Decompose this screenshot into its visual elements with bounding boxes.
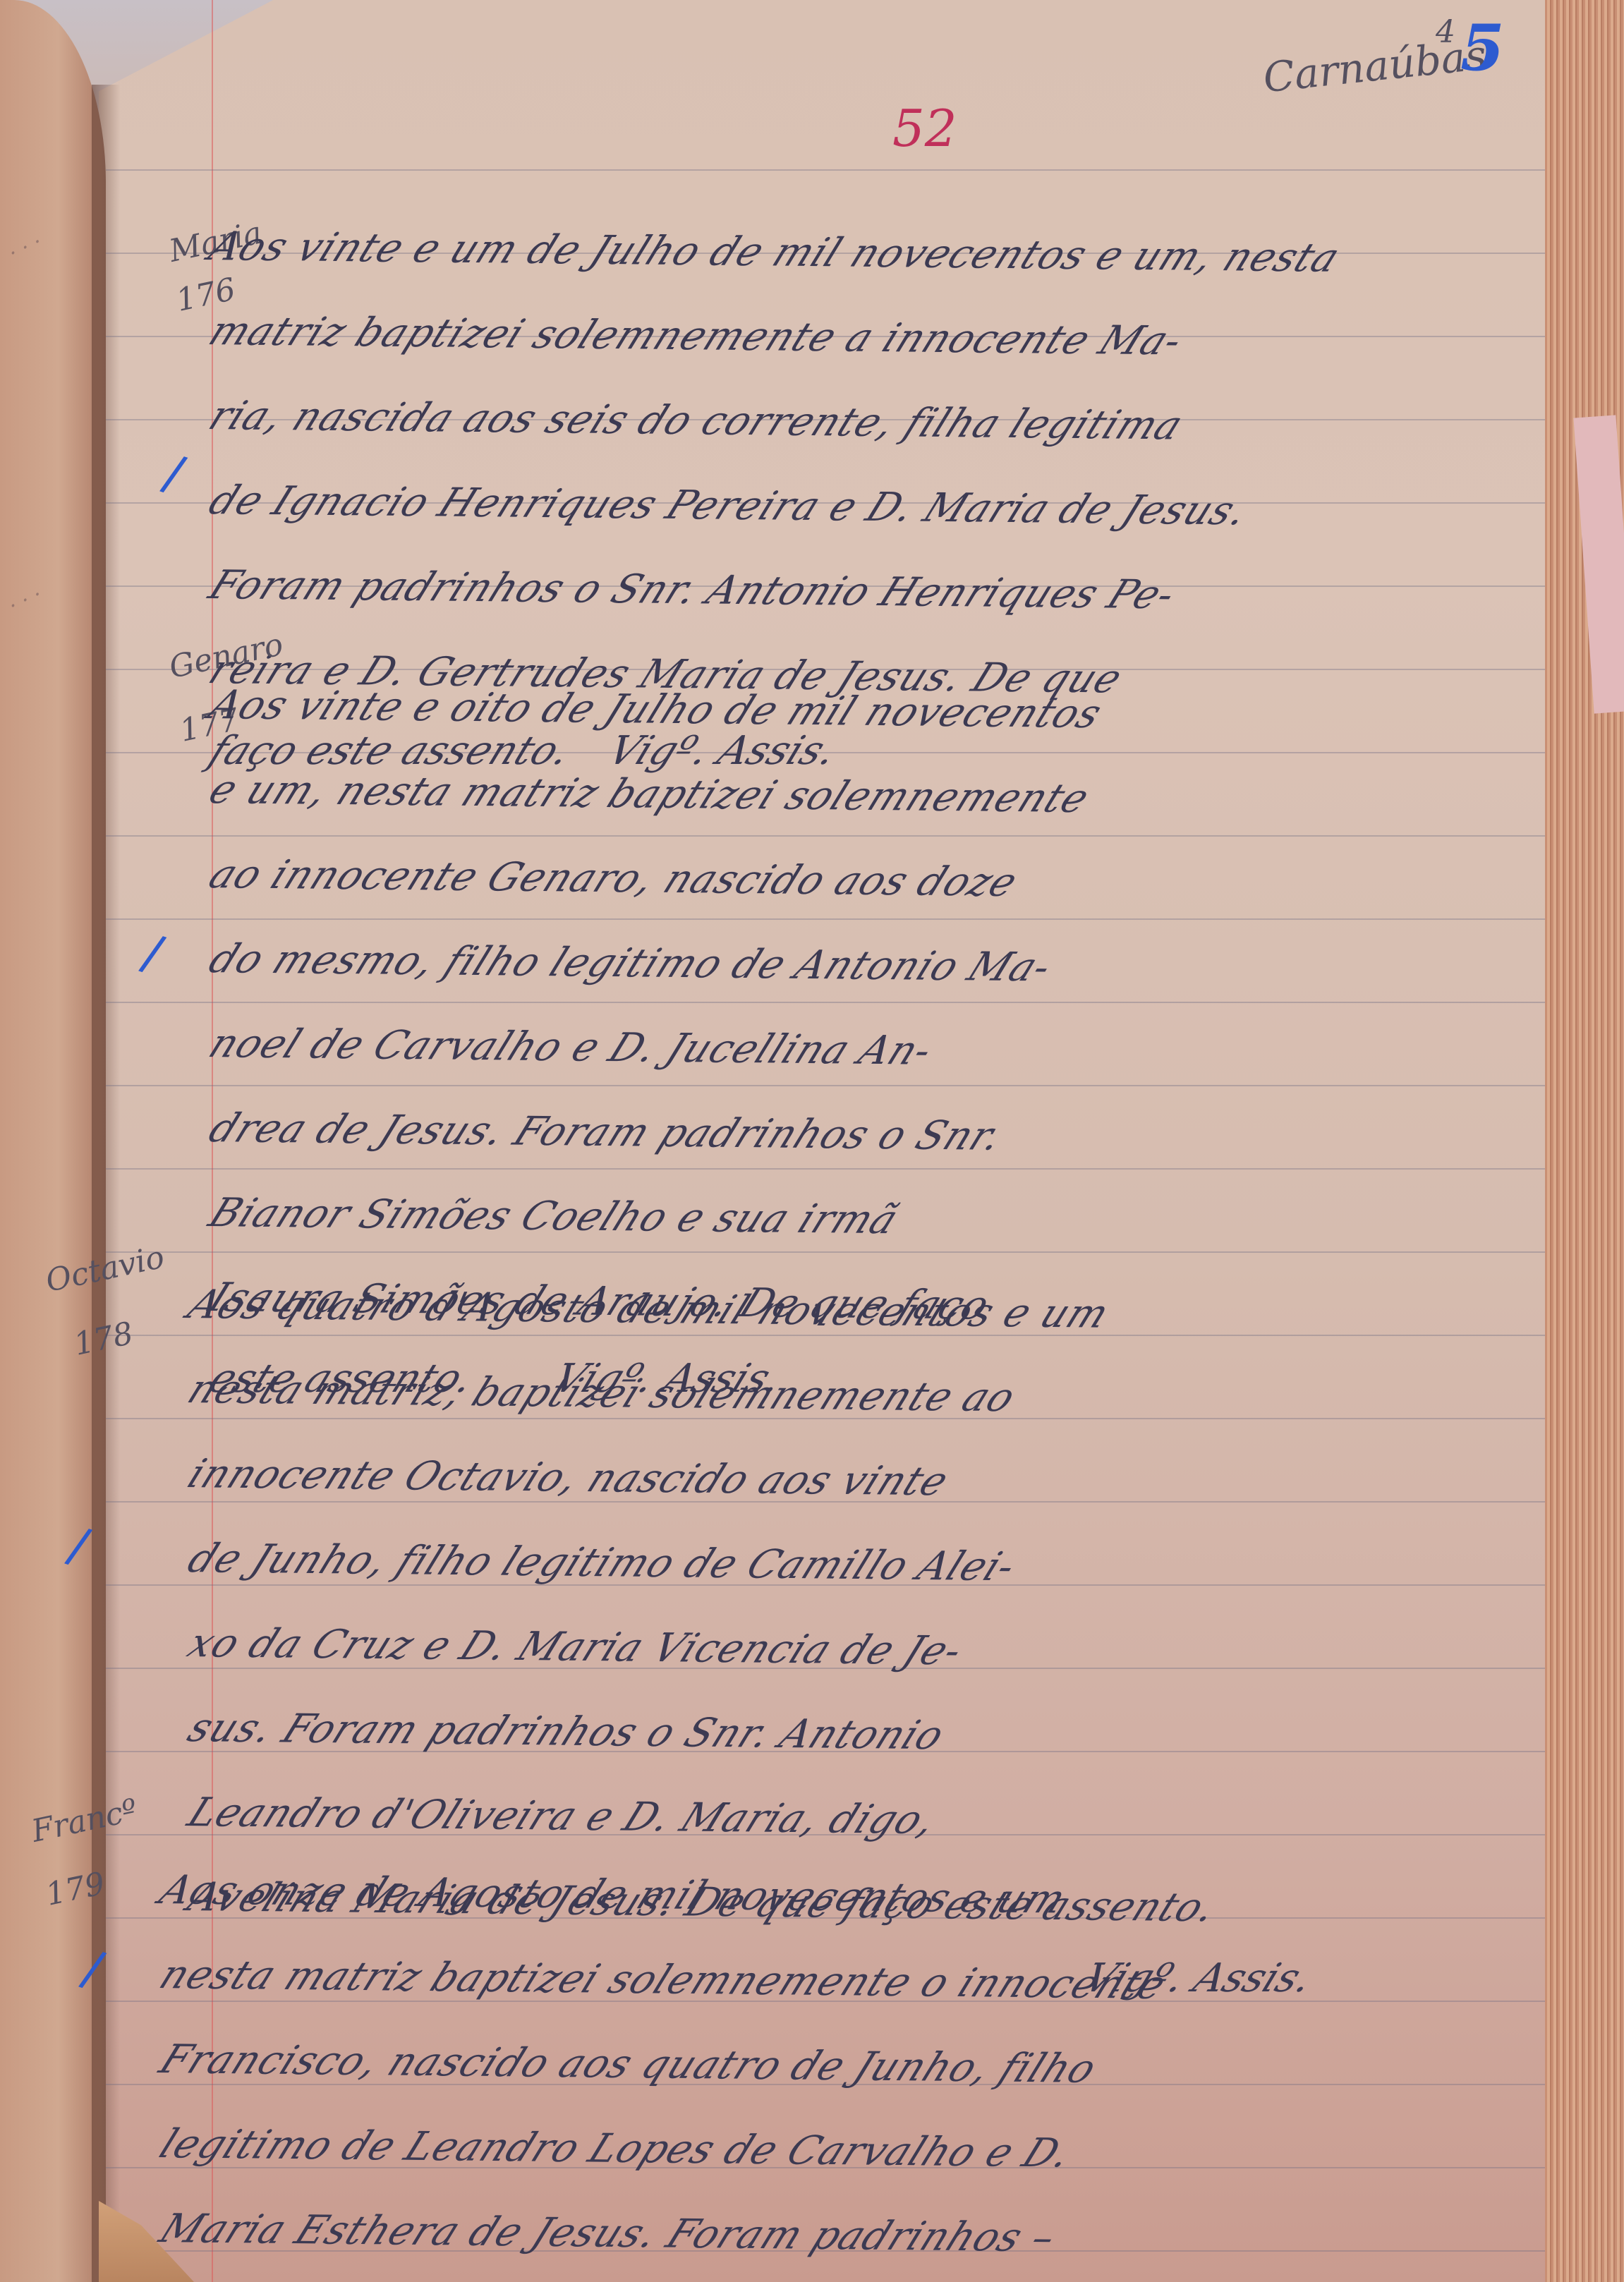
entry-line: drea de Jesus. Foram padrinhos o Snr.	[194, 1086, 1550, 1185]
entry-line: Aos vinte e oito de Julho de mil novecen…	[194, 663, 1550, 762]
page-stamp-number: 52	[892, 99, 957, 158]
entry-line: de Ignacio Henriques Pereira e D. Maria …	[194, 459, 1550, 557]
entry-line: ria, nascida aos seis do corrente, filha…	[194, 374, 1550, 473]
entry-line: legitimo de Leandro Lopes de Carvalho e …	[145, 2102, 1501, 2201]
folio-pencil: 4	[1436, 14, 1455, 50]
entry-line: ao innocente Genaro, nascido aos doze	[194, 832, 1550, 931]
folio-blue: 5	[1460, 11, 1505, 85]
previous-leaf: · · · · · ·	[0, 0, 106, 2282]
entry-line: noel de Carvalho e D. Jucellina An-	[194, 1002, 1550, 1100]
entry-line: Foram padrinhos o Snr. Antonio Henriques…	[194, 543, 1550, 642]
entry-line: innocente Octavio, nascido aos vinte	[173, 1432, 1529, 1531]
entry-line: matriz baptizei solemnemente a innocente…	[194, 289, 1550, 388]
entry-line: de Junho, filho legitimo de Camillo Alei…	[173, 1517, 1529, 1615]
entry-line: Francisco, nascido aos quatro de Junho, …	[145, 2017, 1501, 2116]
baptism-entry: Aos onze de Agosto de mil novecentos e u…	[162, 1848, 1489, 2271]
entry-line: Aos quatro d'Agosto de mil novecentos e …	[173, 1263, 1529, 1361]
ghost-text: · · ·	[0, 547, 104, 630]
entry-line: do mesmo, filho legitimo de Antonio Ma-	[194, 917, 1550, 1016]
entry-line: sus. Foram padrinhos o Snr. Antonio	[173, 1686, 1529, 1785]
entry-line: nesta matriz baptizei solemnemente o inn…	[145, 1933, 1501, 2032]
entry-line: Aos vinte e um de Julho de mil novecento…	[194, 205, 1550, 303]
entry-line: Maria Esthera de Jesus. Foram padrinhos …	[145, 2187, 1501, 2282]
entry-line: xo da Cruz e D. Maria Vicencia de Je-	[173, 1601, 1529, 1700]
page-edges	[1545, 0, 1624, 2282]
entry-line: nesta matriz, baptizei solemnemente ao	[173, 1347, 1529, 1446]
entry-line: Aos onze de Agosto de mil novecentos e u…	[145, 1848, 1501, 1947]
entry-line: e um, nesta matriz baptizei solemnemente	[194, 748, 1550, 846]
ruled-line	[106, 169, 1545, 171]
ghost-text: · · ·	[0, 194, 104, 277]
entry-line: Bianor Simões Coelho e sua irmã	[194, 1171, 1550, 1270]
